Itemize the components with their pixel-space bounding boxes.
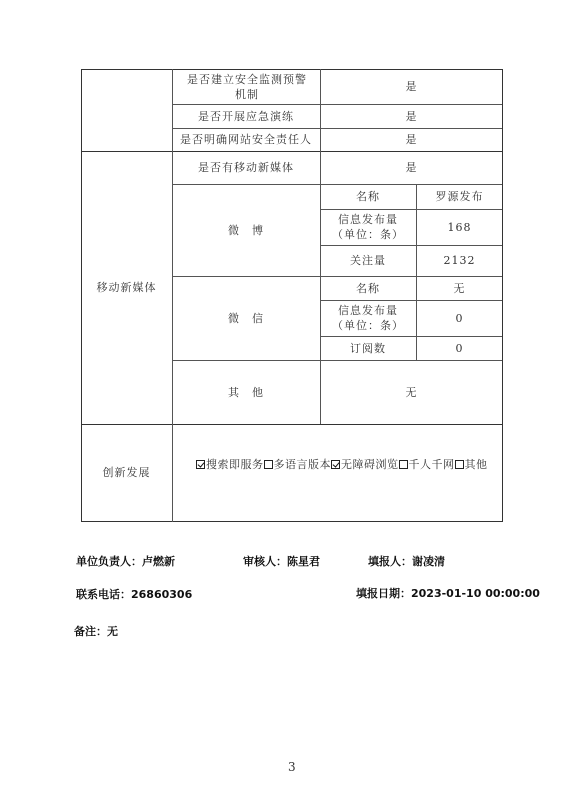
wechat-subscribers-label: 订阅数 bbox=[320, 336, 416, 360]
option-search-service: 搜索即服务 bbox=[206, 458, 264, 471]
weibo-followers-value: 2132 bbox=[416, 245, 503, 276]
wechat-name-label: 名称 bbox=[320, 276, 416, 300]
weibo-name-value: 罗源发布 bbox=[416, 184, 503, 209]
wechat-posts-value: 0 bbox=[416, 300, 503, 336]
checkbox-personalized[interactable] bbox=[399, 460, 408, 469]
security-monitoring-value: 是 bbox=[320, 69, 503, 104]
wechat-posts-label: 信息发布量（单位：条） bbox=[330, 300, 406, 336]
unit-head: 单位负责人：卢燃新 bbox=[76, 553, 175, 569]
emergency-drill-value: 是 bbox=[320, 104, 503, 128]
option-other: 其他 bbox=[465, 458, 488, 471]
innovation-options: 搜索即服务多语言版本无障碍浏览千人千网其他 bbox=[196, 456, 488, 472]
has-mobile-label: 是否有移动新媒体 bbox=[172, 151, 320, 184]
other-media-value: 无 bbox=[320, 360, 503, 424]
weibo-name-label: 名称 bbox=[320, 184, 416, 209]
weibo-posts-label: 信息发布量（单位：条） bbox=[330, 209, 406, 245]
weibo-label: 微 博 bbox=[172, 184, 320, 276]
weibo-posts-value: 168 bbox=[416, 209, 503, 245]
wechat-subscribers-value: 0 bbox=[416, 336, 503, 360]
reviewer: 审核人：陈星君 bbox=[243, 553, 320, 569]
fill-date: 填报日期：2023-01-10 00:00:00 bbox=[356, 585, 540, 601]
weibo-followers-label: 关注量 bbox=[320, 245, 416, 276]
filler: 填报人：谢凌清 bbox=[368, 553, 445, 569]
mobile-section-label: 移动新媒体 bbox=[81, 151, 172, 424]
security-owner-value: 是 bbox=[320, 128, 503, 151]
security-owner-label: 是否明确网站安全责任人 bbox=[172, 128, 320, 151]
has-mobile-value: 是 bbox=[320, 151, 503, 184]
checkbox-accessibility[interactable] bbox=[331, 460, 340, 469]
security-monitoring-label: 是否建立安全监测预警机制 bbox=[182, 69, 312, 104]
remark: 备注：无 bbox=[74, 623, 118, 639]
other-media-label: 其 他 bbox=[172, 360, 320, 424]
emergency-drill-label: 是否开展应急演练 bbox=[172, 104, 320, 128]
checkbox-search-service[interactable] bbox=[196, 460, 205, 469]
page-number: 3 bbox=[288, 760, 296, 774]
wechat-name-value: 无 bbox=[416, 276, 503, 300]
option-accessibility: 无障碍浏览 bbox=[341, 458, 399, 471]
wechat-label: 微 信 bbox=[172, 276, 320, 360]
contact-phone: 联系电话：26860306 bbox=[76, 586, 192, 602]
option-personalized: 千人千网 bbox=[409, 458, 455, 471]
option-multilingual: 多语言版本 bbox=[274, 458, 332, 471]
innovation-section-label: 创新发展 bbox=[81, 424, 172, 521]
checkbox-multilingual[interactable] bbox=[264, 460, 273, 469]
checkbox-other[interactable] bbox=[455, 460, 464, 469]
